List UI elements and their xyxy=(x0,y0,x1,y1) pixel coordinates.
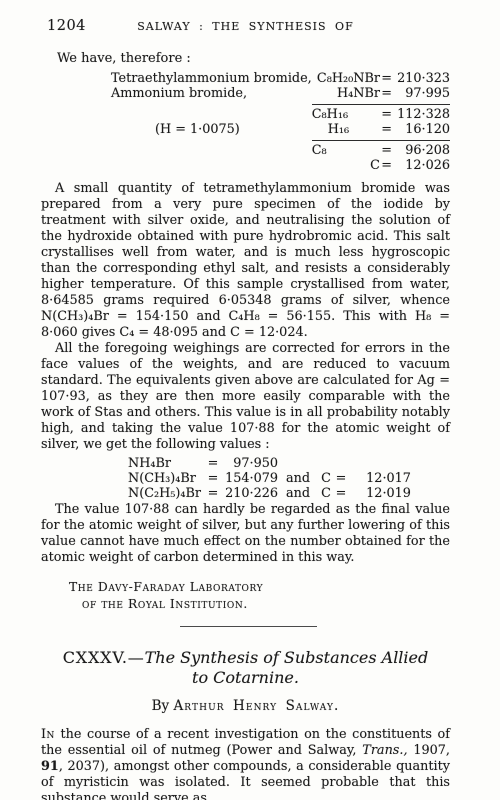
row-value: 97·950 xyxy=(222,456,278,471)
equals-sign: = xyxy=(380,105,393,123)
table-row: N(CH₃)₄Br = 154·079 and C = 12·017 xyxy=(128,471,411,486)
row-value: 96·208 xyxy=(393,141,450,159)
row-label: (H = 1·0075) xyxy=(111,123,312,141)
row-formula: C₈H₁₆ xyxy=(312,105,380,123)
row-label xyxy=(111,105,312,123)
equals-sign: = xyxy=(331,486,351,501)
affiliation-line2: of the Royal Institution. xyxy=(69,596,450,613)
and-carbon-label xyxy=(278,456,331,471)
equals-sign xyxy=(331,456,351,471)
and-carbon-label: and C xyxy=(278,486,331,501)
equation-table: Tetraethylammonium bromide, C₈H₂₀NBr = 2… xyxy=(111,72,450,173)
byline-prefix: By xyxy=(152,698,174,714)
row-value: 16·120 xyxy=(393,123,450,141)
equals-sign: = xyxy=(204,471,222,486)
equals-sign: = xyxy=(380,72,393,87)
intro-line: We have, therefore : xyxy=(41,51,450,66)
equals-sign: = xyxy=(380,123,393,141)
table-row: N(C₂H₅)₄Br = 210·226 and C = 12·019 xyxy=(128,486,411,501)
carbon-value xyxy=(351,456,411,471)
row-formula: H₁₆ xyxy=(312,123,380,141)
journal-page: 1204 SALWAY : THE SYNTHESIS OF We have, … xyxy=(0,0,500,800)
row-formula: C₈ xyxy=(312,141,380,159)
table-row: Tetraethylammonium bromide, C₈H₂₀NBr = 2… xyxy=(111,72,450,87)
intro-text-2: 1907, xyxy=(408,743,451,758)
table-row: C = 12·026 xyxy=(111,159,450,174)
equals-sign: = xyxy=(380,159,393,174)
row-formula: H₄NBr xyxy=(312,87,380,105)
table-row: NH₄Br = 97·950 xyxy=(128,456,411,471)
section-divider xyxy=(180,626,317,627)
volume-number: 91 xyxy=(41,759,59,774)
equals-sign: = xyxy=(204,486,222,501)
article-number: CXXXV.— xyxy=(63,648,145,667)
atomic-values-table: NH₄Br = 97·950 N(CH₃)₄Br = 154·079 and C… xyxy=(128,456,411,501)
row-value: 210·323 xyxy=(393,72,450,87)
affiliation-line1: The Davy-Faraday Laboratory xyxy=(69,579,450,596)
row-formula: C xyxy=(312,159,380,174)
intro-text-3: , 2037), amongst other compounds, a cons… xyxy=(41,759,450,800)
table-row: Ammonium bromide, H₄NBr = 97·995 xyxy=(111,87,450,105)
table-row: C₈H₁₆ = 112·328 xyxy=(111,105,450,123)
carbon-value: 12·019 xyxy=(351,486,411,501)
equals-sign: = xyxy=(380,87,393,105)
byline: By Arthur Henry Salway. xyxy=(41,698,450,714)
row-label: Ammonium bromide, xyxy=(111,87,312,105)
row-label xyxy=(111,141,312,159)
carbon-value: 12·017 xyxy=(351,471,411,486)
article-title: CXXXV.—The Synthesis of Substances Allie… xyxy=(41,648,450,687)
paragraph-conclusion: The value 107·88 can hardly be regarded … xyxy=(41,502,450,566)
equals-sign: = xyxy=(204,456,222,471)
page-number: 1204 xyxy=(47,18,86,34)
running-header: 1204 SALWAY : THE SYNTHESIS OF xyxy=(41,18,450,36)
table-row: C₈ = 96·208 xyxy=(111,141,450,159)
row-formula: NH₄Br xyxy=(128,456,204,471)
opening-word: In xyxy=(41,727,55,742)
row-value: 97·995 xyxy=(393,87,450,105)
author-name: Arthur Henry Salway. xyxy=(173,698,339,714)
paragraph-preparation: A small quantity of tetramethylammonium … xyxy=(41,181,450,341)
running-head-title: SALWAY : THE SYNTHESIS OF xyxy=(41,18,450,33)
row-formula: N(CH₃)₄Br xyxy=(128,471,204,486)
journal-reference: Trans., xyxy=(362,743,407,758)
row-formula: N(C₂H₅)₄Br xyxy=(128,486,204,501)
equals-sign: = xyxy=(380,141,393,159)
row-label: Tetraethylammonium bromide, xyxy=(111,72,312,87)
and-carbon-label: and C xyxy=(278,471,331,486)
page-content: 1204 SALWAY : THE SYNTHESIS OF We have, … xyxy=(0,0,500,800)
row-value: 12·026 xyxy=(393,159,450,174)
paragraph-weighings: All the foregoing weighings are correcte… xyxy=(41,341,450,453)
table-row: (H = 1·0075) H₁₆ = 16·120 xyxy=(111,123,450,141)
author-affiliation: The Davy-Faraday Laboratory of the Royal… xyxy=(69,579,450,612)
title-line2: to Cotarnine. xyxy=(192,668,299,687)
paragraph-introduction: In the course of a recent investigation … xyxy=(41,727,450,800)
row-formula: C₈H₂₀NBr xyxy=(312,72,380,87)
equals-sign: = xyxy=(331,471,351,486)
title-line1: The Synthesis of Substances Allied xyxy=(145,648,429,667)
row-value: 112·328 xyxy=(393,105,450,123)
row-value: 210·226 xyxy=(222,486,278,501)
row-value: 154·079 xyxy=(222,471,278,486)
row-label xyxy=(111,159,312,174)
